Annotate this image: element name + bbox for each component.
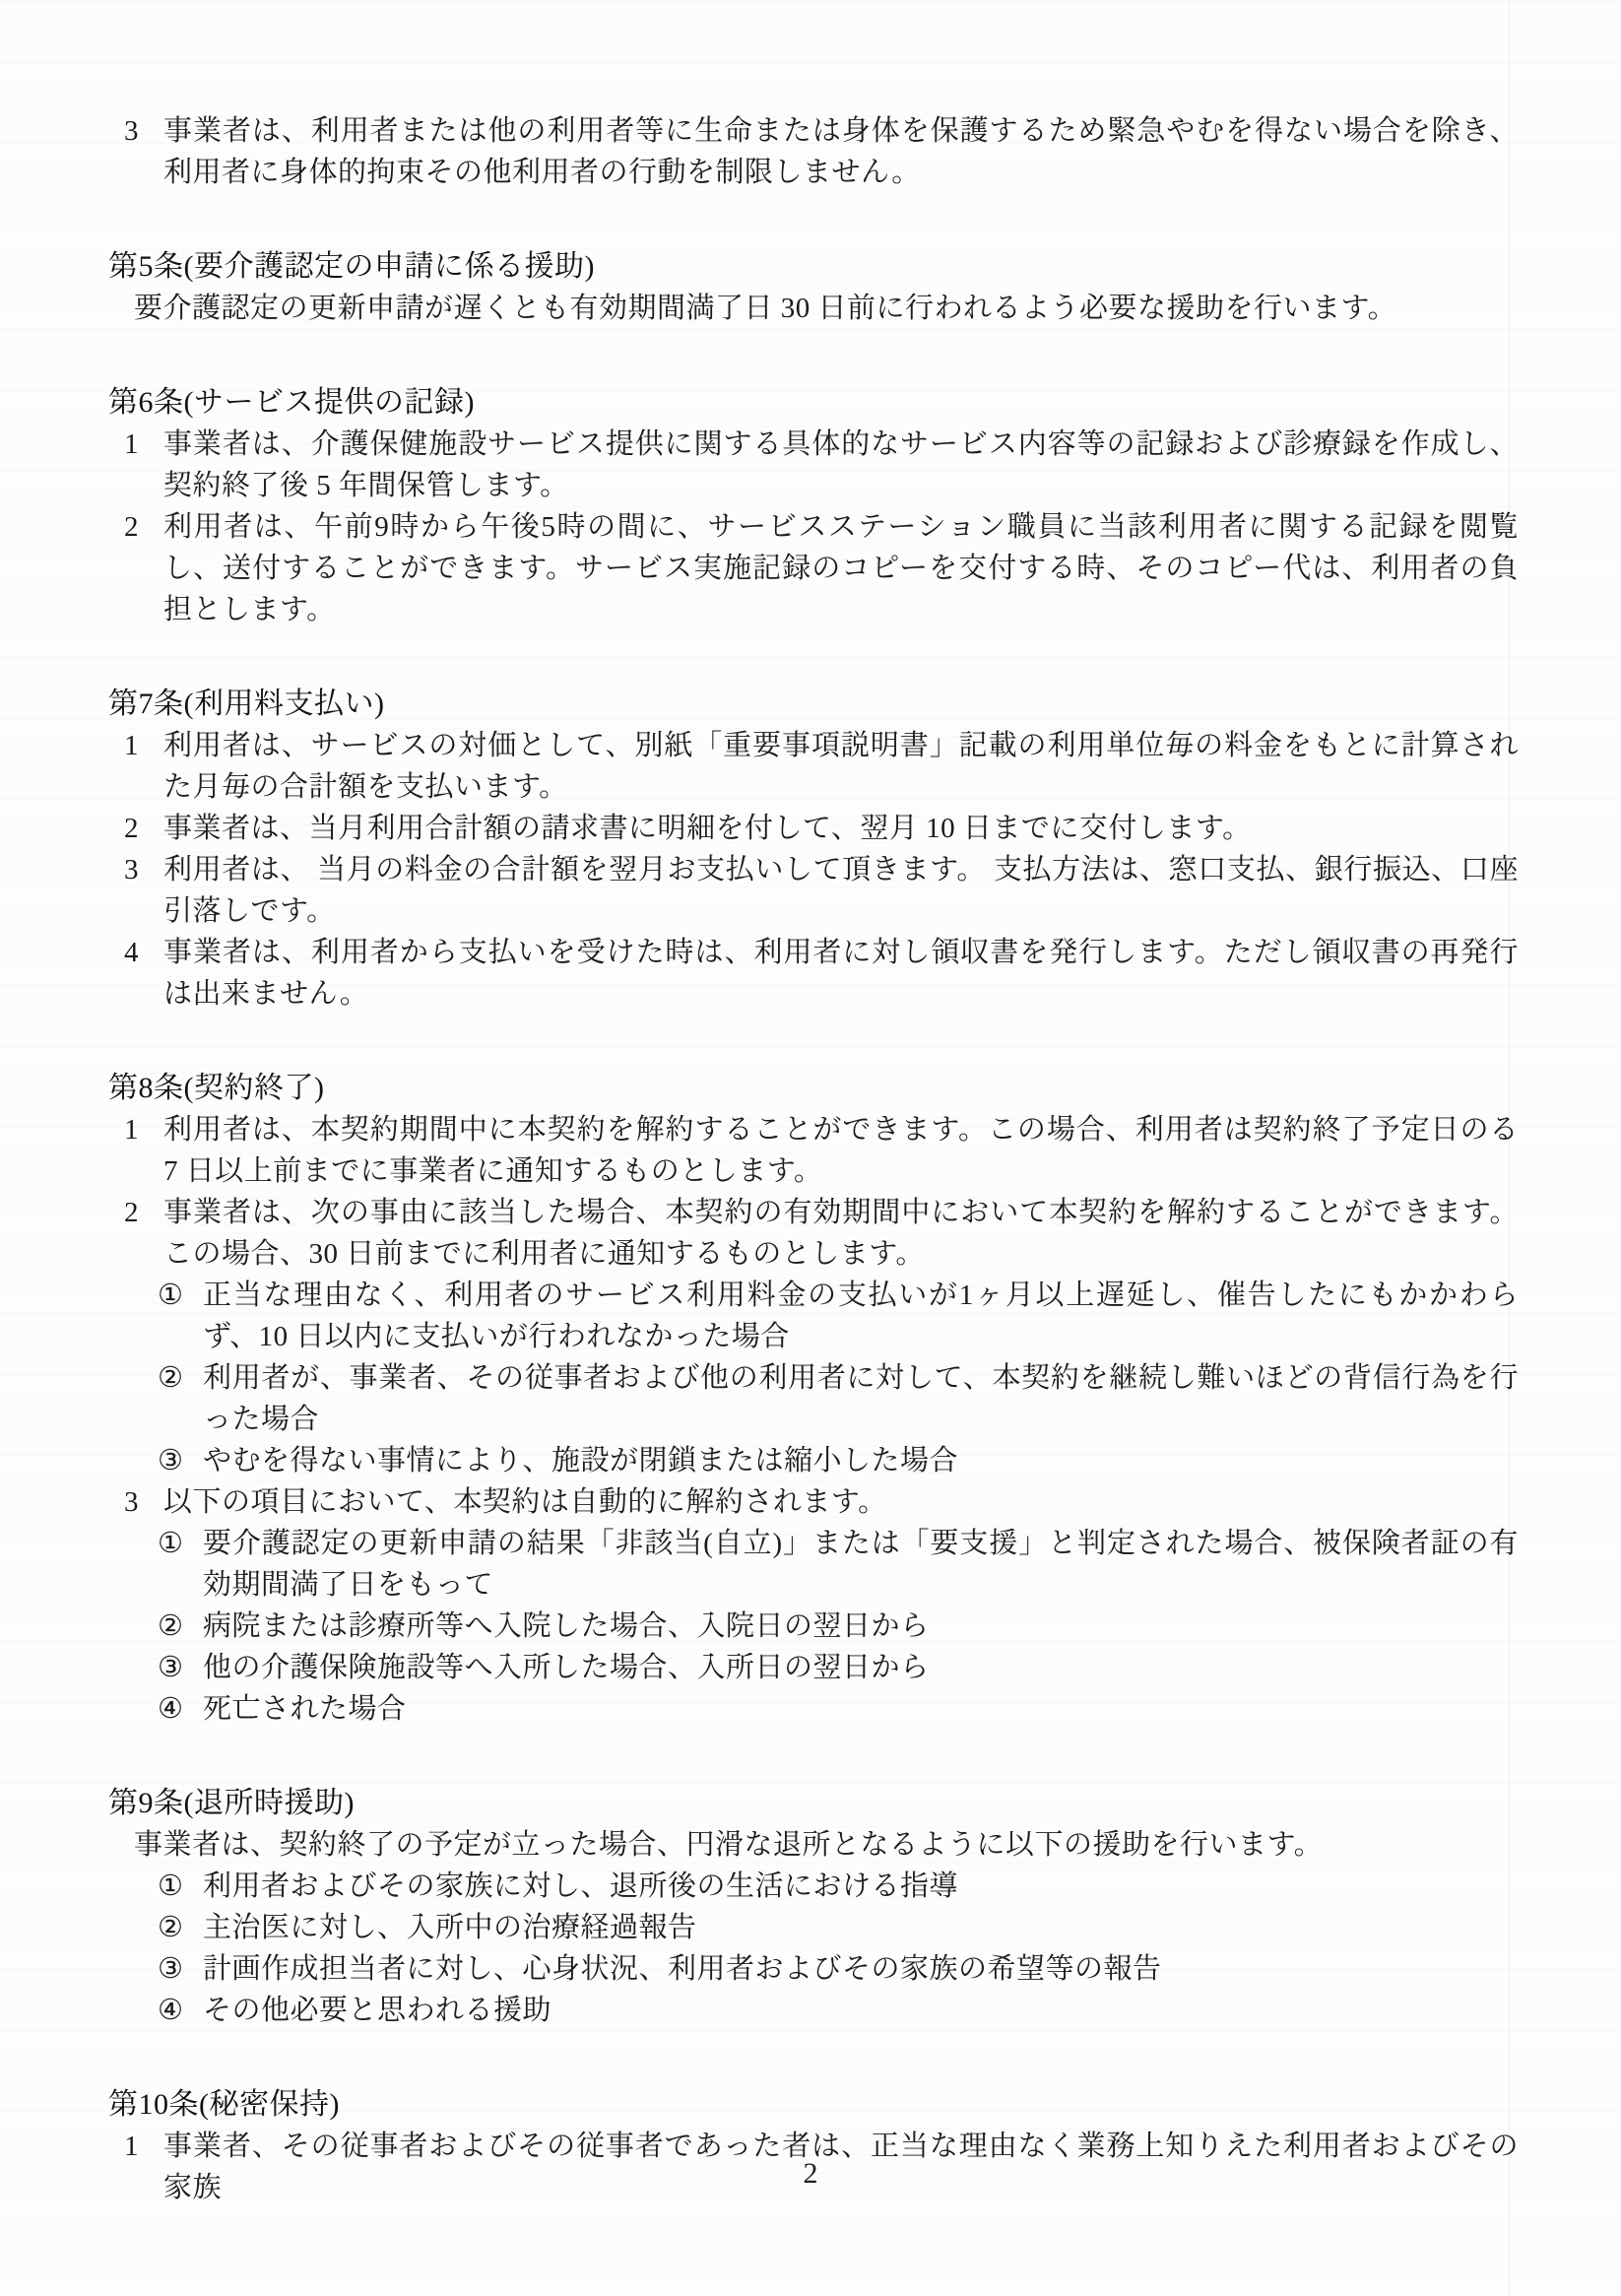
clause-item: 2事業者は、当月利用合計額の請求書に明細を付して、翌月 10 日までに交付します…: [124, 808, 1519, 849]
clause-item: 1事業者は、介護保健施設サービス提供に関する具体的なサービス内容等の記録および診…: [124, 424, 1519, 506]
clause-text: 利用者は、 当月の料金の合計額を翌月お支払いして頂きます。 支払方法は、窓口支払…: [163, 849, 1519, 932]
article-heading: 第7条(利用料支払い): [108, 684, 1519, 725]
clause-item: 3事業者は、利用者または他の利用者等に生命または身体を保護するため緊急やむを得な…: [124, 110, 1519, 193]
clause-number: ②: [158, 1606, 203, 1647]
article-heading-text: 第6条(サービス提供の記録): [108, 386, 475, 419]
clause-number: ③: [158, 1647, 203, 1688]
clause-number: ④: [158, 1990, 203, 2031]
clause-text: 事業者は、利用者から支払いを受けた時は、利用者に対し領収書を発行します。ただし領…: [163, 932, 1519, 1015]
clause-number: ①: [158, 1275, 203, 1316]
article-heading: 第8条(契約終了): [108, 1068, 1519, 1109]
clause-number: ④: [158, 1688, 203, 1730]
page-number: 2: [0, 2157, 1621, 2191]
clause-text: やむを得ない事情により、施設が閉鎖または縮小した場合: [203, 1440, 1519, 1481]
clause-text: 利用者は、本契約期間中に本契約を解約することができます。この場合、利用者は契約終…: [163, 1109, 1519, 1192]
clause-subitem: ①利用者およびその家族に対し、退所後の生活における指導: [158, 1866, 1519, 1907]
clause-item: 1利用者は、サービスの対価として、別紙「重要事項説明書」記載の利用単位毎の料金を…: [124, 725, 1519, 808]
clause-number: 2: [124, 808, 163, 849]
clause-number: ①: [158, 1523, 203, 1564]
clause-subitem: ③他の介護保険施設等へ入所した場合、入所日の翌日から: [158, 1647, 1519, 1688]
clause-subitem: ②病院または診療所等へ入院した場合、入院日の翌日から: [158, 1606, 1519, 1647]
clause-text: 利用者は、午前9時から午後5時の間に、サービスステーション職員に当該利用者に関す…: [163, 506, 1519, 630]
clause-number: ②: [158, 1907, 203, 1948]
clause-text: 事業者は、契約終了の予定が立った場合、円滑な退所となるように以下の援助を行います…: [134, 1824, 1519, 1866]
clause-number: ②: [158, 1357, 203, 1399]
article-heading: 第9条(退所時援助): [108, 1783, 1519, 1824]
clause-item: 2利用者は、午前9時から午後5時の間に、サービスステーション職員に当該利用者に関…: [124, 506, 1519, 630]
article-heading-text: 第5条(要介護認定の申請に係る援助): [108, 250, 595, 283]
clause-paragraph: 要介護認定の更新申請が遅くとも有効期間満了日 30 日前に行われるよう必要な援助…: [134, 288, 1519, 329]
article-heading: 第5条(要介護認定の申請に係る援助): [108, 246, 1519, 288]
article-heading: 第10条(秘密保持): [108, 2084, 1519, 2126]
clause-number: 4: [124, 932, 163, 973]
clause-subitem: ④死亡された場合: [158, 1688, 1519, 1730]
clause-number: 3: [124, 110, 163, 152]
clause-text: その他必要と思われる援助: [203, 1990, 1519, 2031]
article-heading-text: 第8条(契約終了): [108, 1072, 324, 1104]
clause-number: 1: [124, 1109, 163, 1150]
clause-number: 1: [124, 725, 163, 766]
article-heading: 第6条(サービス提供の記録): [108, 382, 1519, 424]
clause-text: 以下の項目において、本契約は自動的に解約されます。: [163, 1481, 1519, 1523]
clause-text: 正当な理由なく、利用者のサービス利用料金の支払いが1ヶ月以上遅延し、催告したにも…: [203, 1275, 1519, 1357]
clause-subitem: ④その他必要と思われる援助: [158, 1990, 1519, 2031]
clause-subitem: ③計画作成担当者に対し、心身状況、利用者およびその家族の希望等の報告: [158, 1948, 1519, 1990]
clause-text: 事業者は、介護保健施設サービス提供に関する具体的なサービス内容等の記録および診療…: [163, 424, 1519, 506]
clause-item: 1利用者は、本契約期間中に本契約を解約することができます。この場合、利用者は契約…: [124, 1109, 1519, 1192]
clause-text: 利用者およびその家族に対し、退所後の生活における指導: [203, 1866, 1519, 1907]
document-body: 3事業者は、利用者または他の利用者等に生命または身体を保護するため緊急やむを得な…: [108, 110, 1519, 2208]
clause-text: 計画作成担当者に対し、心身状況、利用者およびその家族の希望等の報告: [203, 1948, 1519, 1990]
clause-paragraph: 事業者は、契約終了の予定が立った場合、円滑な退所となるように以下の援助を行います…: [134, 1824, 1519, 1866]
clause-item: 3以下の項目において、本契約は自動的に解約されます。: [124, 1481, 1519, 1523]
clause-number: 2: [124, 506, 163, 548]
clause-text: 他の介護保険施設等へ入所した場合、入所日の翌日から: [203, 1647, 1519, 1688]
clause-text: 要介護認定の更新申請の結果「非該当(自立)」または「要支援」と判定された場合、被…: [203, 1523, 1519, 1606]
clause-number: 3: [124, 849, 163, 890]
clause-number: 3: [124, 1481, 163, 1523]
clause-subitem: ①正当な理由なく、利用者のサービス利用料金の支払いが1ヶ月以上遅延し、催告したに…: [158, 1275, 1519, 1357]
clause-number: 1: [124, 424, 163, 465]
clause-number: ③: [158, 1440, 203, 1481]
clause-subitem: ③やむを得ない事情により、施設が閉鎖または縮小した場合: [158, 1440, 1519, 1481]
clause-text: 要介護認定の更新申請が遅くとも有効期間満了日 30 日前に行われるよう必要な援助…: [134, 288, 1519, 329]
clause-subitem: ①要介護認定の更新申請の結果「非該当(自立)」または「要支援」と判定された場合、…: [158, 1523, 1519, 1606]
article-heading-text: 第9条(退所時援助): [108, 1787, 355, 1819]
clause-text: 利用者が、事業者、その従事者および他の利用者に対して、本契約を継続し難いほどの背…: [203, 1357, 1519, 1440]
clause-item: 2事業者は、次の事由に該当した場合、本契約の有効期間中において本契約を解約するこ…: [124, 1192, 1519, 1275]
clause-number: 2: [124, 1192, 163, 1233]
article-heading-text: 第10条(秘密保持): [108, 2088, 340, 2121]
clause-item: 4事業者は、利用者から支払いを受けた時は、利用者に対し領収書を発行します。ただし…: [124, 932, 1519, 1015]
clause-number: ③: [158, 1948, 203, 1990]
clause-text: 利用者は、サービスの対価として、別紙「重要事項説明書」記載の利用単位毎の料金をも…: [163, 725, 1519, 808]
article-heading-text: 第7条(利用料支払い): [108, 688, 384, 720]
clause-text: 事業者は、次の事由に該当した場合、本契約の有効期間中において本契約を解約すること…: [163, 1192, 1519, 1275]
clause-text: 事業者は、利用者または他の利用者等に生命または身体を保護するため緊急やむを得ない…: [163, 110, 1519, 193]
clause-text: 病院または診療所等へ入院した場合、入院日の翌日から: [203, 1606, 1519, 1647]
clause-text: 事業者は、当月利用合計額の請求書に明細を付して、翌月 10 日までに交付します。: [163, 808, 1519, 849]
clause-number: ①: [158, 1866, 203, 1907]
clause-subitem: ②利用者が、事業者、その従事者および他の利用者に対して、本契約を継続し難いほどの…: [158, 1357, 1519, 1440]
document-page: 3事業者は、利用者または他の利用者等に生命または身体を保護するため緊急やむを得な…: [0, 0, 1621, 2296]
clause-subitem: ②主治医に対し、入所中の治療経過報告: [158, 1907, 1519, 1948]
clause-text: 主治医に対し、入所中の治療経過報告: [203, 1907, 1519, 1948]
clause-item: 3利用者は、 当月の料金の合計額を翌月お支払いして頂きます。 支払方法は、窓口支…: [124, 849, 1519, 932]
clause-text: 死亡された場合: [203, 1688, 1519, 1730]
